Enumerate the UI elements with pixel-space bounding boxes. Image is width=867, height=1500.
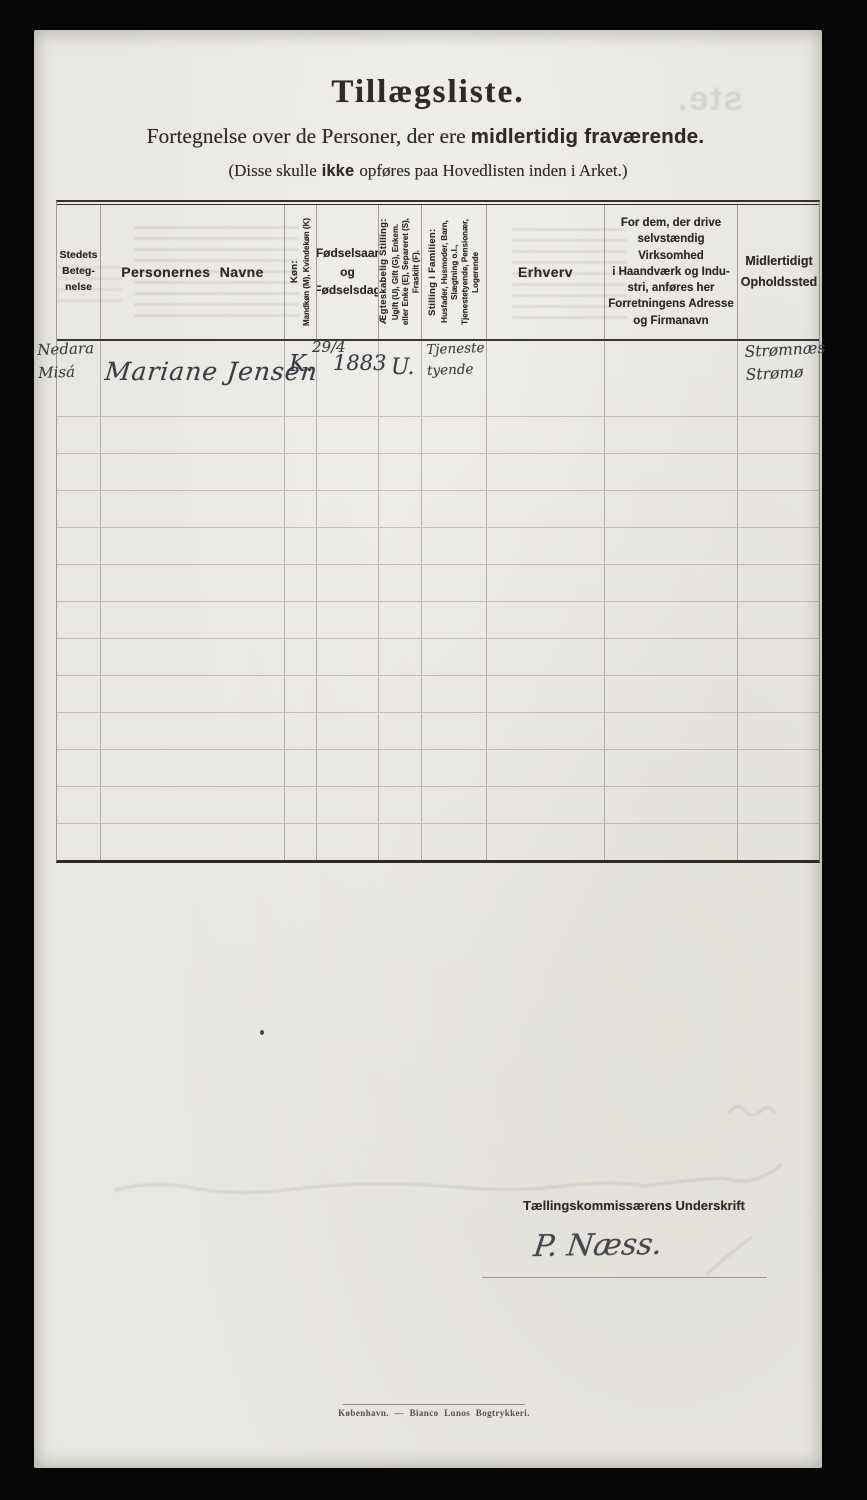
cell-place: Nedara Misá: [57, 341, 101, 416]
column-header-residence: Midlertidigt Opholdssted: [738, 205, 820, 339]
imprint-text: København. — Bianco Lunos Bogtrykkeri.: [314, 1408, 554, 1418]
column-header-family-title: Stilling i Familien:: [427, 219, 440, 325]
table-cell-empty: [605, 602, 738, 638]
table-cell-empty: [422, 417, 487, 453]
table-cell-empty: [317, 602, 379, 638]
table-cell-empty: [101, 824, 285, 860]
column-header-sex-title: Køn:: [289, 218, 302, 326]
cell-residence: Strømnæs Strømø: [738, 341, 820, 416]
table-cell-empty: [605, 713, 738, 749]
table-cell-empty: [605, 417, 738, 453]
ink-speck: [260, 1030, 264, 1035]
table-cell-empty: [487, 491, 605, 527]
table-cell-empty: [487, 602, 605, 638]
table-row-empty: [57, 639, 819, 676]
handwritten-birth: 29/4 1883: [317, 341, 378, 416]
cell-birth: 29/4 1883: [317, 341, 379, 416]
table-cell-empty: [422, 602, 487, 638]
table-cell-empty: [317, 639, 379, 675]
table-cell-empty: [379, 565, 422, 601]
column-header-business: For dem, der drive selvstændig Virksomhe…: [605, 205, 738, 339]
form-note: (Disse skulleikkeopføres paa Hovedlisten…: [34, 161, 822, 181]
table-row-empty: [57, 676, 819, 713]
form-subtitle: Fortegnelse over de Personer, der eremid…: [34, 124, 822, 149]
table-header-row: Stedets Beteg- nelse Personernes Navne K…: [57, 205, 819, 341]
table-cell-empty: [422, 565, 487, 601]
table-cell-empty: [285, 713, 317, 749]
bleedthrough-handwriting-ghost: [34, 1085, 822, 1305]
table-row-empty: [57, 417, 819, 454]
note-post-text: opføres paa Hovedlisten inden i Arket.): [359, 161, 627, 180]
table-cell-empty: [101, 602, 285, 638]
table-cell-empty: [487, 824, 605, 860]
column-header-name: Personernes Navne: [101, 205, 285, 339]
table-cell-empty: [57, 417, 101, 453]
table-cell-empty: [379, 528, 422, 564]
column-header-marital: Ægteskabelig Stilling: Ugift (U), Gift (…: [379, 205, 422, 339]
handwritten-sex: K.: [289, 351, 316, 377]
bleedthrough-mirrored-text: ste.: [676, 80, 743, 119]
table-cell-empty: [422, 491, 487, 527]
table-cell-empty: [422, 528, 487, 564]
column-header-family-sub: Husfader, Husmoder, Barn, Slægtning o.l.…: [440, 219, 482, 325]
table-cell-empty: [422, 787, 487, 823]
table-cell-empty: [317, 676, 379, 712]
vertical-text-family: Stilling i Familien: Husfader, Husmoder,…: [427, 219, 481, 325]
column-header-birth: Fødselsaar og Fødselsdag: [317, 205, 379, 339]
paper-sheet: Tillægsliste. Fortegnelse over de Person…: [34, 30, 822, 1468]
table-cell-empty: [317, 565, 379, 601]
table-cell-empty: [605, 528, 738, 564]
table-row-empty: [57, 528, 819, 565]
scanned-document: Tillægsliste. Fortegnelse over de Person…: [0, 0, 867, 1500]
table-cell-empty: [285, 824, 317, 860]
table-cell-empty: [487, 713, 605, 749]
table-cell-empty: [487, 565, 605, 601]
column-header-family: Stilling i Familien: Husfader, Husmoder,…: [422, 205, 487, 339]
subtitle-regular-text: Fortegnelse over de Personer, der ere: [147, 124, 466, 148]
table-cell-empty: [605, 565, 738, 601]
table-cell-empty: [422, 713, 487, 749]
table-cell-empty: [57, 713, 101, 749]
table-cell-empty: [57, 639, 101, 675]
handwritten-family: Tjeneste tyende: [426, 338, 487, 382]
table-cell-empty: [101, 417, 285, 453]
cell-occupation: [487, 341, 605, 416]
column-header-sex: Køn: Mandkøn (M), Kvindekøn (K): [285, 205, 317, 339]
table-cell-empty: [422, 639, 487, 675]
table-cell-empty: [285, 750, 317, 786]
column-header-place: Stedets Beteg- nelse: [57, 205, 101, 339]
cell-marital: U.: [379, 341, 422, 416]
table-row-empty: [57, 602, 819, 639]
table-cell-empty: [738, 454, 820, 490]
table-row-empty: [57, 787, 819, 824]
table-cell-empty: [605, 491, 738, 527]
table-cell-empty: [487, 639, 605, 675]
table-cell-empty: [285, 639, 317, 675]
table-cell-empty: [285, 528, 317, 564]
table-cell-empty: [285, 602, 317, 638]
table-cell-empty: [101, 676, 285, 712]
table-cell-empty: [57, 750, 101, 786]
table-cell-empty: [422, 824, 487, 860]
table-cell-empty: [57, 676, 101, 712]
table-cell-empty: [317, 417, 379, 453]
table-cell-empty: [738, 528, 820, 564]
table-row-empty: [57, 491, 819, 528]
table-cell-empty: [57, 602, 101, 638]
imprint-block: København. — Bianco Lunos Bogtrykkeri.: [314, 1404, 554, 1418]
table-cell-empty: [317, 750, 379, 786]
column-header-occupation: Erhverv: [487, 205, 605, 339]
table-row-empty: [57, 750, 819, 787]
table-cell-empty: [738, 417, 820, 453]
cell-name: Mariane Jensen: [101, 341, 285, 416]
handwritten-residence: Strømnæs Strømø: [744, 337, 821, 387]
table-cell-empty: [605, 454, 738, 490]
handwritten-marital: U.: [391, 355, 421, 380]
table-cell-empty: [285, 676, 317, 712]
table-cell-empty: [57, 565, 101, 601]
table-cell-empty: [317, 491, 379, 527]
table-cell-empty: [487, 750, 605, 786]
table-cell-empty: [487, 417, 605, 453]
table-row-empty: [57, 824, 819, 860]
table-cell-empty: [101, 787, 285, 823]
table-row-empty: [57, 454, 819, 491]
column-header-marital-sub: Ugift (U), Gift (G), Enkem. eller Enke (…: [391, 218, 422, 325]
table-cell-empty: [285, 491, 317, 527]
table-cell-empty: [738, 639, 820, 675]
table-cell-empty: [738, 602, 820, 638]
table-row-empty: [57, 713, 819, 750]
table-cell-empty: [738, 787, 820, 823]
table-cell-empty: [57, 454, 101, 490]
table-cell-empty: [101, 454, 285, 490]
table-cell-empty: [379, 602, 422, 638]
signature-label: Tællingskommissærens Underskrift: [489, 1198, 779, 1213]
table-cell-empty: [317, 528, 379, 564]
table-cell-empty: [487, 454, 605, 490]
table-cell-empty: [738, 824, 820, 860]
signature-line: [482, 1277, 767, 1278]
table-cell-empty: [101, 565, 285, 601]
table-cell-empty: [57, 824, 101, 860]
table-cell-empty: [738, 750, 820, 786]
subtitle-bold-text: midlertidig fraværende.: [471, 126, 705, 148]
handwritten-place: Nedara Misá: [37, 337, 102, 384]
table-cell-empty: [379, 454, 422, 490]
table-cell-empty: [101, 491, 285, 527]
table-cell-empty: [379, 417, 422, 453]
table-cell-empty: [285, 454, 317, 490]
table-cell-empty: [738, 676, 820, 712]
imprint-rule: [343, 1404, 525, 1405]
table-cell-empty: [57, 787, 101, 823]
column-header-marital-title: Ægteskabelig Stilling:: [379, 218, 391, 325]
table-cell-empty: [738, 491, 820, 527]
table-cell-empty: [285, 787, 317, 823]
table-cell-empty: [379, 824, 422, 860]
table-cell-empty: [379, 787, 422, 823]
table-cell-empty: [317, 454, 379, 490]
table-cell-empty: [101, 639, 285, 675]
table-cell-empty: [379, 491, 422, 527]
handwritten-name: Mariane Jensen: [103, 357, 285, 386]
table-cell-empty: [57, 491, 101, 527]
table-row-entry-1: Nedara Misá Mariane Jensen K. 29/4 1883 …: [57, 341, 819, 417]
table-cell-empty: [487, 676, 605, 712]
table-cell-empty: [605, 676, 738, 712]
table-cell-empty: [487, 528, 605, 564]
table-cell-empty: [605, 787, 738, 823]
table-cell-empty: [422, 676, 487, 712]
table-cell-empty: [101, 713, 285, 749]
table-cell-empty: [487, 787, 605, 823]
table-cell-empty: [379, 750, 422, 786]
table-row-empty: [57, 565, 819, 602]
table-cell-empty: [57, 528, 101, 564]
cell-sex: K.: [285, 341, 317, 416]
vertical-text-marital: Ægteskabelig Stilling: Ugift (U), Gift (…: [379, 218, 422, 325]
table-cell-empty: [285, 565, 317, 601]
cell-business: [605, 341, 738, 416]
table-cell-empty: [317, 824, 379, 860]
table-cell-empty: [422, 454, 487, 490]
cell-family: Tjeneste tyende: [422, 341, 487, 416]
note-pre-text: (Disse skulle: [228, 161, 316, 180]
table-cell-empty: [317, 713, 379, 749]
table-cell-empty: [738, 565, 820, 601]
table-cell-empty: [101, 750, 285, 786]
column-header-sex-sub: Mandkøn (M), Kvindekøn (K): [302, 218, 312, 326]
note-bold-text: ikke: [322, 162, 355, 180]
table-cell-empty: [379, 713, 422, 749]
table-cell-empty: [605, 750, 738, 786]
table-cell-empty: [738, 713, 820, 749]
census-table: Stedets Beteg- nelse Personernes Navne K…: [56, 200, 820, 863]
handwritten-signature: P. Næss.: [532, 1227, 665, 1264]
table-cell-empty: [605, 824, 738, 860]
table-empty-rows: [57, 417, 819, 860]
table-cell-empty: [101, 528, 285, 564]
table-cell-empty: [605, 639, 738, 675]
vertical-text-sex: Køn: Mandkøn (M), Kvindekøn (K): [289, 218, 312, 326]
table-cell-empty: [379, 639, 422, 675]
table-cell-empty: [422, 750, 487, 786]
table-cell-empty: [317, 787, 379, 823]
table-cell-empty: [285, 417, 317, 453]
table-cell-empty: [379, 676, 422, 712]
